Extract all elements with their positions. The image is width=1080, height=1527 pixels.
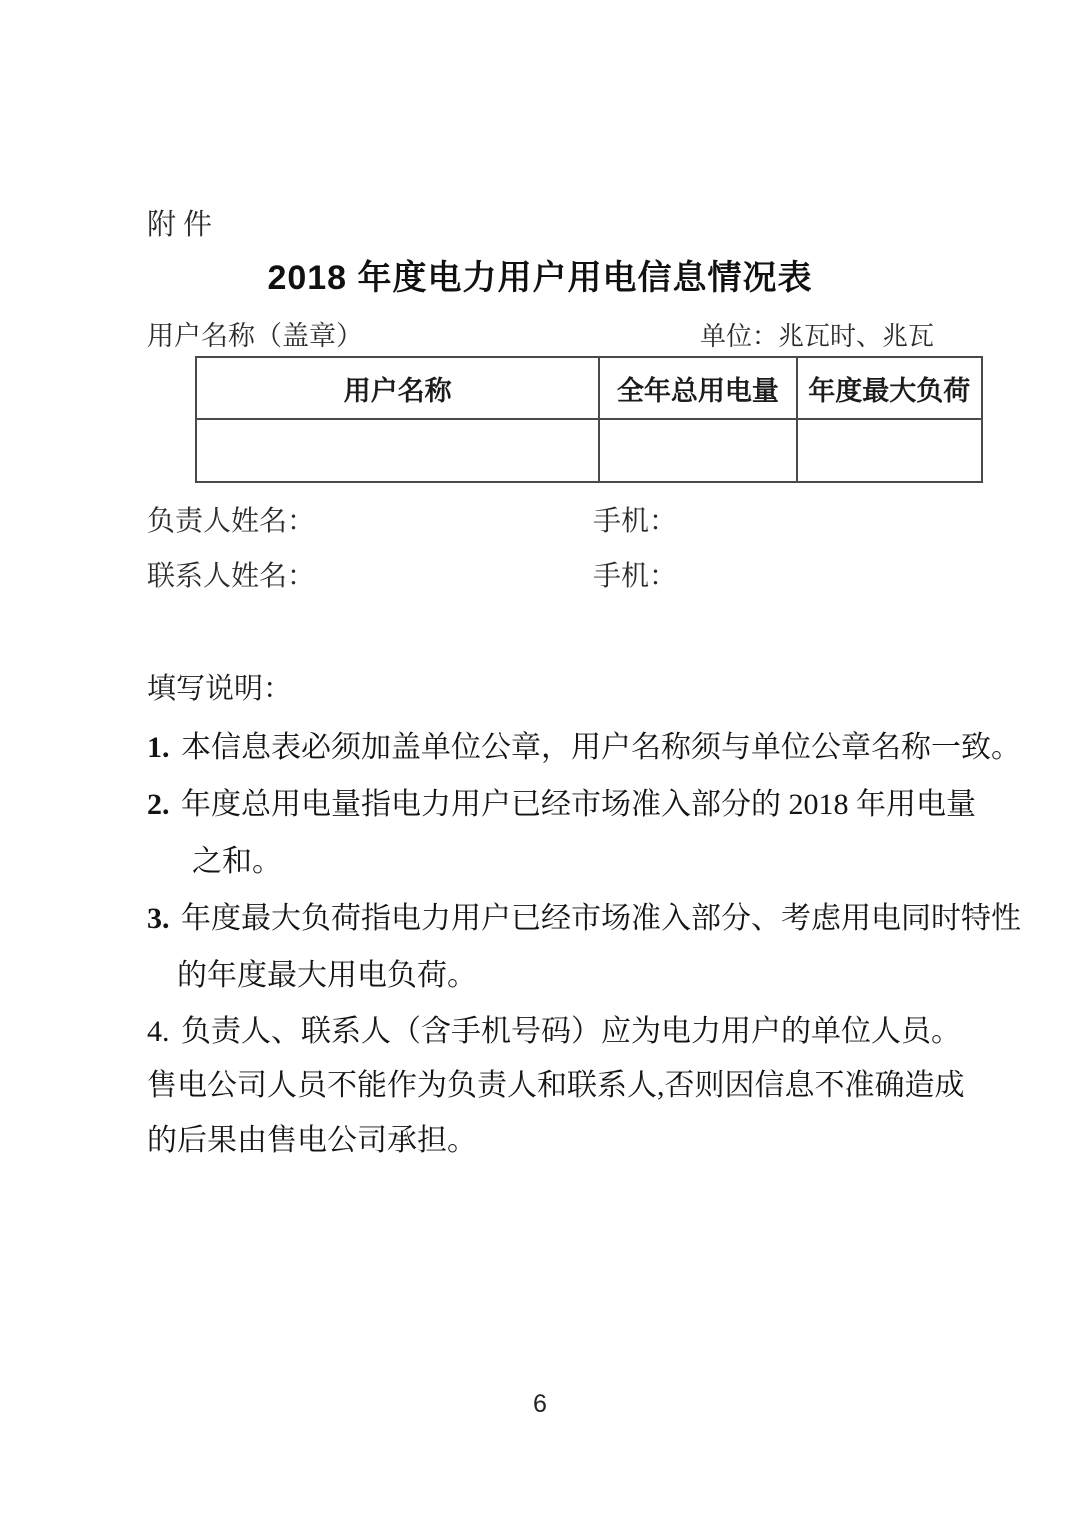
instruction-item-2: 2.年度总用电量指电力用户已经市场准入部分的 2018 年用电量 (147, 779, 976, 823)
instructions-heading: 填写说明： (147, 666, 292, 707)
instruction-footer-line-2: 的后果由售电公司承担。 (147, 1115, 477, 1159)
cell-user-name-value (196, 419, 599, 482)
item-2-number: 2. (147, 788, 181, 822)
item-4-number: 4. (147, 1015, 181, 1049)
item-3-text-line-2: 的年度最大用电负荷。 (177, 959, 477, 992)
page-title: 2018 年度电力用户用电信息情况表 (0, 250, 1080, 299)
item-2-text-line-2: 之和。 (192, 845, 282, 878)
header-cell-max-load: 年度最大负荷 (797, 357, 983, 419)
header-cell-user-name: 用户名称 (196, 357, 599, 419)
table-header-row: 用户名称 全年总用电量 年度最大负荷 (196, 357, 982, 419)
instruction-item-4: 4.负责人、联系人（含手机号码）应为电力用户的单位人员。 (147, 1006, 961, 1050)
cell-annual-usage-value (599, 419, 796, 482)
document-page: 附件 2018 年度电力用户用电信息情况表 用户名称（盖章） 单位：兆瓦时、兆瓦… (0, 0, 1080, 1527)
instruction-item-3: 3.年度最大负荷指电力用户已经市场准入部分、考虑用电同时特性 (147, 893, 1021, 937)
item-1-text: 本信息表必须加盖单位公章，用户名称须与单位公章名称一致。 (181, 731, 1021, 764)
instruction-footer-line-1: 售电公司人员不能作为负责人和联系人,否则因信息不准确造成 (147, 1060, 965, 1104)
contact-name-label: 联系人姓名： (147, 554, 315, 594)
manager-phone-label: 手机： (593, 499, 677, 539)
manager-name-label: 负责人姓名： (147, 499, 315, 539)
item-2-text-line-1: 年度总用电量指电力用户已经市场准入部分的 2018 年用电量 (181, 788, 976, 821)
header-cell-annual-usage: 全年总用电量 (599, 357, 796, 419)
contact-phone-label: 手机： (593, 554, 677, 594)
instruction-item-3-continuation: 的年度最大用电负荷。 (177, 950, 477, 994)
cell-max-load-value (797, 419, 983, 482)
page-number: 6 (0, 1390, 1080, 1419)
usage-info-table: 用户名称 全年总用电量 年度最大负荷 (195, 356, 983, 483)
attachment-label: 附件 (147, 202, 219, 243)
item-3-number: 3. (147, 902, 181, 936)
item-3-text-line-1: 年度最大负荷指电力用户已经市场准入部分、考虑用电同时特性 (181, 902, 1021, 935)
item-4-text: 负责人、联系人（含手机号码）应为电力用户的单位人员。 (181, 1015, 961, 1048)
table-row (196, 419, 982, 482)
user-name-seal-label: 用户名称（盖章） (147, 314, 363, 353)
instruction-item-2-continuation: 之和。 (192, 836, 282, 880)
item-1-number: 1. (147, 731, 181, 765)
instruction-item-1: 1.本信息表必须加盖单位公章，用户名称须与单位公章名称一致。 (147, 722, 1021, 766)
unit-label: 单位：兆瓦时、兆瓦 (700, 316, 934, 353)
